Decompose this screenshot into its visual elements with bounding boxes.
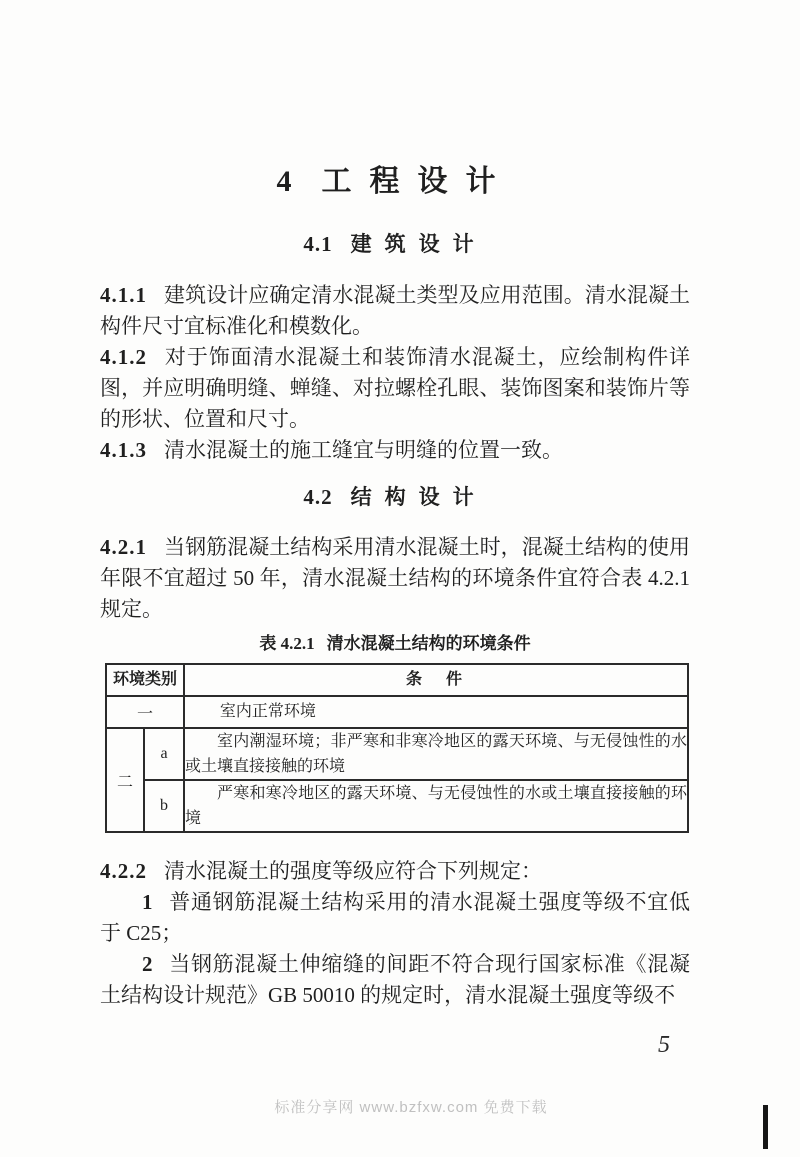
clause-number: 4.1.3 [100,438,147,462]
page-content: 4工程设计 4.1建筑设计 4.1.1建筑设计应确定清水混凝土类型及应用范围。清… [100,0,690,1011]
condition-cell: 严寒和寒冷地区的露天环境、与无侵蚀性的水或土壤直接接触的环境 [184,780,688,832]
chapter-title-text: 工程设计 [322,165,514,198]
table-row: 一 室内正常环境 [106,696,688,728]
clause-number: 4.1.1 [100,283,147,307]
table-header-row: 环境类别 条 件 [106,664,688,696]
clause-4-2-2-item-2: 2当钢筋混凝土伸缩缝的间距不符合现行国家标准《混凝土结构设计规范》GB 5001… [100,949,690,1011]
clause-4-2-2-item-1: 1普通钢筋混凝土结构采用的清水混凝土强度等级不宜低于 C25； [100,887,690,949]
condition-cell: 室内正常环境 [184,696,688,728]
item-number: 1 [142,890,153,914]
section-title-text: 建筑设计 [351,232,487,256]
table-row: 二 a 室内潮湿环境；非严寒和非寒冷地区的露天环境、与无侵蚀性的水或土壤直接接触… [106,728,688,780]
subcategory-cell: b [144,780,184,832]
section-title-text: 结构设计 [351,485,487,509]
clause-text: 当钢筋混凝土结构采用清水混凝土时，混凝土结构的使用年限不宜超过 50 年，清水混… [100,535,690,621]
header-cell-condition: 条 件 [184,664,688,696]
chapter-title: 4工程设计 [100,0,690,202]
header-cell-category: 环境类别 [106,664,184,696]
condition-cell: 室内潮湿环境；非严寒和非寒冷地区的露天环境、与无侵蚀性的水或土壤直接接触的环境 [184,728,688,780]
clause-number: 4.1.2 [100,345,147,369]
section-number: 4.2 [303,485,332,509]
table-row: b 严寒和寒冷地区的露天环境、与无侵蚀性的水或土壤直接接触的环境 [106,780,688,832]
clause-text: 对于饰面清水混凝土和装饰清水混凝土，应绘制构件详图，并应明确明缝、蝉缝、对拉螺栓… [100,345,690,431]
clause-4-1-2: 4.1.2对于饰面清水混凝土和装饰清水混凝土，应绘制构件详图，并应明确明缝、蝉缝… [100,342,690,435]
watermark-text: 标准分享网 www.bzfxw.com 免费下载 [0,1096,800,1117]
category-cell: 一 [106,696,184,728]
clause-4-2-1: 4.2.1当钢筋混凝土结构采用清水混凝土时，混凝土结构的使用年限不宜超过 50 … [100,532,690,625]
clause-4-1-1: 4.1.1建筑设计应确定清水混凝土类型及应用范围。清水混凝土构件尺寸宜标准化和模… [100,280,690,342]
section-number: 4.1 [303,232,332,256]
clause-text: 清水混凝土的强度等级应符合下列规定： [164,859,542,883]
table-number: 表 4.2.1 [259,634,314,653]
page-number: 5 [658,1032,670,1059]
clause-number: 4.2.2 [100,859,147,883]
clause-text: 清水混凝土的施工缝宜与明缝的位置一致。 [164,438,563,462]
clause-text: 建筑设计应确定清水混凝土类型及应用范围。清水混凝土构件尺寸宜标准化和模数化。 [100,283,690,338]
item-text: 当钢筋混凝土伸缩缝的间距不符合现行国家标准《混凝土结构设计规范》GB 50010… [100,952,690,1007]
clause-4-2-2: 4.2.2清水混凝土的强度等级应符合下列规定： [100,856,690,887]
table-title-text: 清水混凝土结构的环境条件 [327,634,531,653]
section-heading-4-2: 4.2结构设计 [100,482,690,512]
clause-number: 4.2.1 [100,535,147,559]
subcategory-cell: a [144,728,184,780]
item-number: 2 [142,952,153,976]
scan-artifact-bar [763,1105,768,1149]
table-title: 表 4.2.1清水混凝土结构的环境条件 [100,633,690,655]
clause-4-1-3: 4.1.3清水混凝土的施工缝宜与明缝的位置一致。 [100,435,690,466]
environment-conditions-table: 环境类别 条 件 一 室内正常环境 二 a 室内潮湿环境；非严寒和非寒冷地区的露… [105,663,689,833]
category-cell: 二 [106,728,144,832]
item-text: 普通钢筋混凝土结构采用的清水混凝土强度等级不宜低于 C25； [100,890,690,945]
chapter-number: 4 [277,165,292,198]
document-page: 4工程设计 4.1建筑设计 4.1.1建筑设计应确定清水混凝土类型及应用范围。清… [0,0,800,1157]
section-heading-4-1: 4.1建筑设计 [100,229,690,259]
